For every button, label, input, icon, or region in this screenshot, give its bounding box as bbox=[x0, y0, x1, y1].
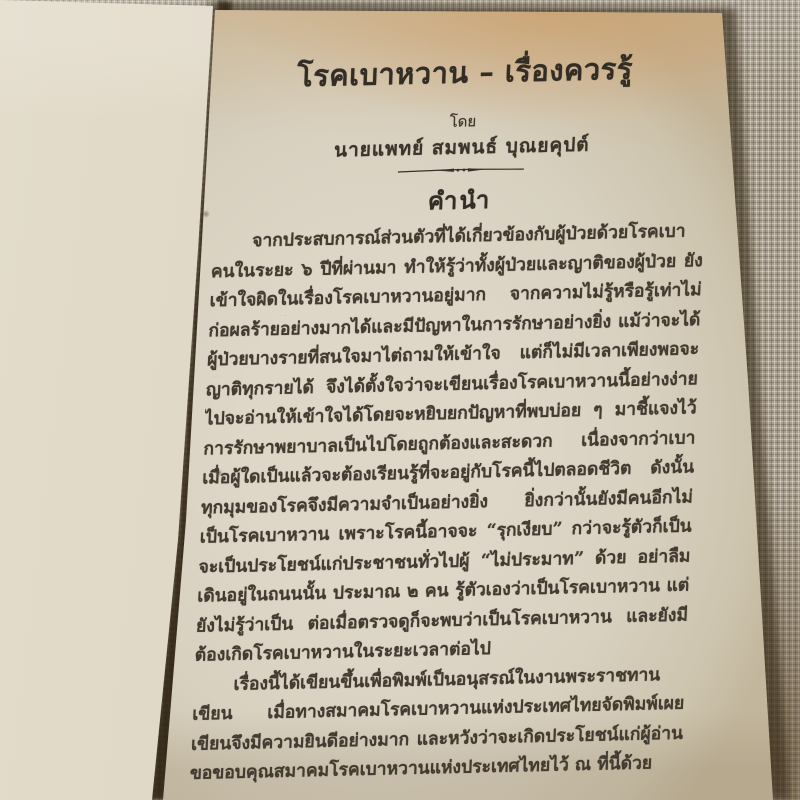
preface-text: จากประสบการณ์ส่วนตัวที่ได้เกี่ยวข้องกับผ… bbox=[189, 217, 704, 789]
paragraph: จากประสบการณ์ส่วนตัวที่ได้เกี่ยวข้องกับผ… bbox=[194, 217, 704, 671]
page-content: โรคเบาหวาน – เรื่องควรรู้ โดย นายแพทย์ ส… bbox=[189, 45, 712, 790]
paragraph: เรื่องนี้ได้เขียนขึ้นเพื่อพิมพ์เป็นอนุสร… bbox=[189, 660, 686, 789]
divider-ornament bbox=[396, 164, 526, 176]
book-photo: โรคเบาหวาน – เรื่องควรรู้ โดย นายแพทย์ ส… bbox=[0, 0, 800, 800]
section-heading: คำนำ bbox=[213, 178, 706, 223]
